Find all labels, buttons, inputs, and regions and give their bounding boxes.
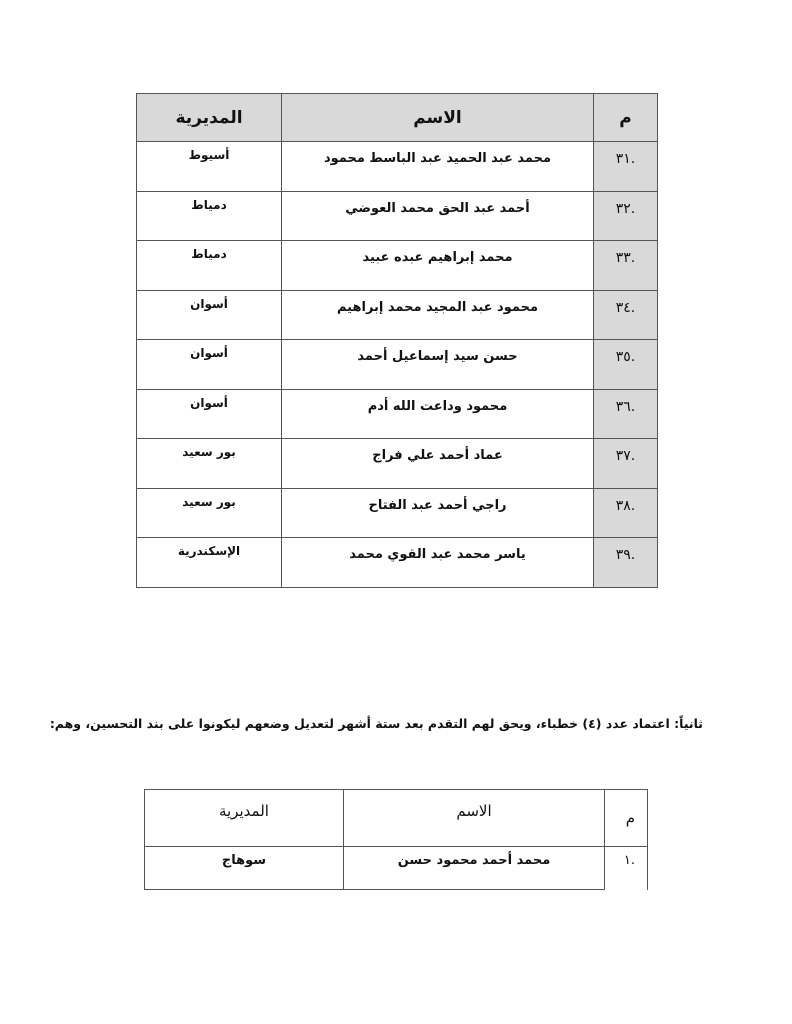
column-header-name: الاسم: [344, 790, 605, 847]
section-two-heading: ثانياً: اعتماد عدد (٤) خطباء، ويحق لهم ا…: [100, 716, 703, 731]
table-header-row: م الاسم المديرية: [137, 94, 658, 142]
row-directorate: دمياط: [137, 191, 282, 241]
row-name: راجي أحمد عبد الفتاح: [282, 488, 594, 538]
row-number: .٣٧: [594, 439, 658, 489]
column-header-number: م: [605, 790, 648, 847]
row-name: محمد عبد الحميد عبد الباسط محمود: [282, 142, 594, 192]
row-name: حسن سيد إسماعيل أحمد: [282, 340, 594, 390]
table-row: .٣٦ محمود وداعت الله أدم أسوان: [137, 389, 658, 439]
table-header-row: م الاسم المديرية: [145, 790, 648, 847]
row-number: .٣٣: [594, 241, 658, 291]
row-number: .٣٦: [594, 389, 658, 439]
row-name: أحمد عبد الحق محمد العوضي: [282, 191, 594, 241]
row-number: .٣٥: [594, 340, 658, 390]
row-number: .٣٩: [594, 538, 658, 588]
table-row: .١ محمد أحمد محمود حسن سوهاج: [145, 847, 648, 890]
row-number: .٣٢: [594, 191, 658, 241]
row-directorate: بور سعيد: [137, 439, 282, 489]
row-directorate: أسيوط: [137, 142, 282, 192]
row-number: .٣١: [594, 142, 658, 192]
row-directorate: أسوان: [137, 389, 282, 439]
row-directorate: الإسكندرية: [137, 538, 282, 588]
approved-preachers-table: م الاسم المديرية .٣١ محمد عبد الحميد عبد…: [136, 93, 658, 588]
table-row: .٣٢ أحمد عبد الحق محمد العوضي دمياط: [137, 191, 658, 241]
table-row: .٣٨ راجي أحمد عبد الفتاح بور سعيد: [137, 488, 658, 538]
table-row: .٣٧ عماد أحمد علي فراج بور سعيد: [137, 439, 658, 489]
row-number: .٣٨: [594, 488, 658, 538]
column-header-name: الاسم: [282, 94, 594, 142]
row-name: عماد أحمد علي فراج: [282, 439, 594, 489]
column-header-number: م: [594, 94, 658, 142]
column-header-directorate: المديرية: [137, 94, 282, 142]
row-directorate: أسوان: [137, 340, 282, 390]
row-name: محمود عبد المجيد محمد إبراهيم: [282, 290, 594, 340]
row-directorate: دمياط: [137, 241, 282, 291]
row-name: محمد إبراهيم عبده عبيد: [282, 241, 594, 291]
row-directorate: أسوان: [137, 290, 282, 340]
row-name: محمود وداعت الله أدم: [282, 389, 594, 439]
probation-preachers-table: م الاسم المديرية .١ محمد أحمد محمود حسن …: [144, 789, 648, 890]
row-directorate: سوهاج: [145, 847, 344, 890]
table-row: .٣٣ محمد إبراهيم عبده عبيد دمياط: [137, 241, 658, 291]
row-name: محمد أحمد محمود حسن: [344, 847, 605, 890]
table-row: .٣١ محمد عبد الحميد عبد الباسط محمود أسي…: [137, 142, 658, 192]
row-number: .٣٤: [594, 290, 658, 340]
column-header-directorate: المديرية: [145, 790, 344, 847]
row-name: ياسر محمد عبد القوي محمد: [282, 538, 594, 588]
row-number: .١: [605, 847, 648, 890]
table-row: .٣٥ حسن سيد إسماعيل أحمد أسوان: [137, 340, 658, 390]
table-row: .٣٩ ياسر محمد عبد القوي محمد الإسكندرية: [137, 538, 658, 588]
row-directorate: بور سعيد: [137, 488, 282, 538]
table-row: .٣٤ محمود عبد المجيد محمد إبراهيم أسوان: [137, 290, 658, 340]
